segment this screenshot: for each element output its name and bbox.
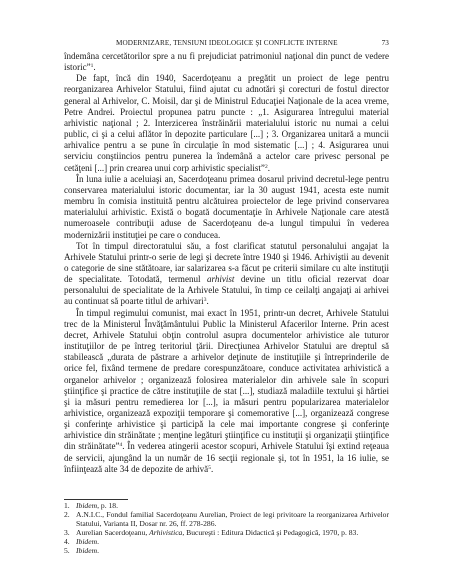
paragraph-3: În luna iulie a aceluiaşi an, Sacerdoţea… bbox=[64, 174, 389, 241]
footnote-5: 5. Ibidem. bbox=[64, 546, 389, 555]
paragraph-2: De fapt, încă din 1940, Sacerdoţeanu a p… bbox=[64, 73, 389, 173]
footnotes: 1. Ibidem, p. 18. 2. A.N.I.C., Fondul fa… bbox=[64, 501, 389, 555]
running-header: MODERNIZARE, TENSIUNI IDEOLOGICE ŞI CONF… bbox=[64, 39, 389, 49]
page-number: 73 bbox=[382, 39, 389, 47]
paragraph-4: Tot în timpul directoratului său, a fost… bbox=[64, 241, 389, 308]
footnote-4: 4. Ibidem. bbox=[64, 537, 389, 546]
footnote-3: 3. Aurelian Sacerdoţeanu, Arhivistica, B… bbox=[64, 528, 389, 537]
footnote-separator bbox=[64, 499, 128, 500]
footnote-2: 2. A.N.I.C., Fondul familial Sacerdoţean… bbox=[64, 510, 389, 528]
footnote-1: 1. Ibidem, p. 18. bbox=[64, 501, 389, 510]
paragraph-1: îndemâna cercetătorilor spre a nu fi pre… bbox=[64, 51, 389, 73]
running-title: MODERNIZARE, TENSIUNI IDEOLOGICE ŞI CONF… bbox=[116, 39, 338, 47]
body-text: îndemâna cercetătorilor spre a nu fi pre… bbox=[64, 51, 389, 475]
paragraph-5: În timpul regimului comunist, mai exact … bbox=[64, 308, 389, 475]
italic-term: arhivist bbox=[207, 274, 234, 284]
